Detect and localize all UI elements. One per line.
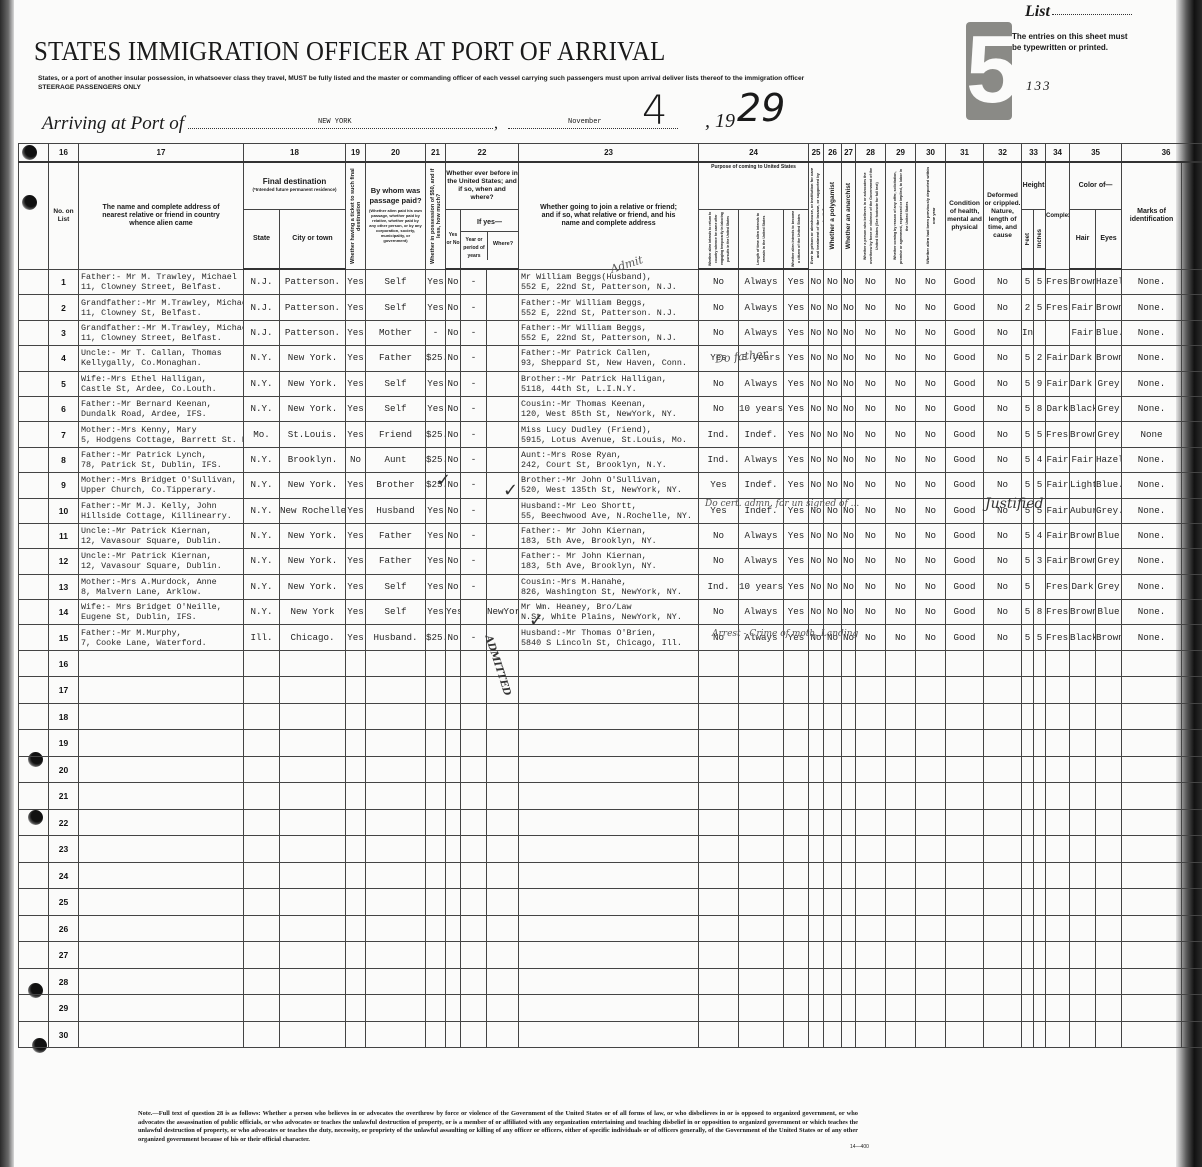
empty-cell — [856, 942, 886, 969]
column-number-row: 16 17 18 19 20 21 22 23 24 25 26 27 28 2… — [19, 144, 1202, 163]
margin-cell — [19, 447, 49, 472]
money-value: Yes — [426, 396, 446, 421]
empty-cell — [1096, 995, 1122, 1022]
empty-cell — [79, 650, 244, 677]
relative-abroad-line-2: Upper Church, Co.Tipperary. — [81, 485, 243, 495]
dest-city: New Rochelle — [280, 498, 346, 523]
deported-value: No — [916, 320, 946, 345]
marks-value: None. — [1122, 498, 1182, 523]
deformed-value: No — [984, 600, 1022, 625]
purpose-return: No — [699, 295, 739, 320]
empty-cell — [446, 703, 461, 730]
empty-cell — [824, 889, 842, 916]
relative-abroad-line-1: Father:- Mr M. Trawley, Michael — [81, 272, 243, 282]
empty-cell — [1022, 995, 1034, 1022]
relative-abroad-line-1: Mother:-Mrs A.Murdock, Anne — [81, 577, 243, 587]
empty-cell — [1046, 889, 1070, 916]
empty-cell — [984, 756, 1022, 783]
marks-value: None. — [1122, 295, 1182, 320]
overthrow-value: No — [856, 269, 886, 295]
empty-cell — [946, 1021, 984, 1048]
empty-cell — [856, 1021, 886, 1048]
ticket-value: Yes — [346, 396, 366, 421]
empty-cell — [346, 915, 366, 942]
header-purpose-citizen: Whether alien intends to become a citize… — [784, 210, 809, 270]
empty-cell — [244, 862, 280, 889]
empty-cell — [886, 968, 916, 995]
empty-cell — [1022, 1021, 1034, 1048]
money-value: Yes — [426, 371, 446, 396]
empty-cell — [1182, 783, 1202, 810]
empty-cell — [280, 756, 346, 783]
empty-row: 27 — [19, 942, 1202, 969]
joining-relative-line-1: Brother:-Mr Patrick Halligan, — [521, 374, 698, 384]
empty-cell — [739, 862, 784, 889]
anarchist-label: Whether an anarchist — [846, 183, 852, 249]
overthrow-label: Whether a person who believes in or advo… — [862, 167, 880, 265]
empty-cell — [446, 968, 461, 995]
empty-cell — [886, 730, 916, 757]
empty-cell — [1122, 995, 1182, 1022]
empty-cell — [487, 809, 519, 836]
empty-cell — [784, 809, 809, 836]
empty-cell — [824, 968, 842, 995]
empty-cell — [809, 703, 824, 730]
empty-cell — [1122, 836, 1182, 863]
empty-cell — [519, 968, 699, 995]
purpose-length: 10 years — [739, 396, 784, 421]
eye-color: Grey — [1096, 422, 1122, 447]
empty-cell — [519, 889, 699, 916]
overthrow-value: No — [856, 422, 886, 447]
empty-cell — [946, 756, 984, 783]
joining-relative-line-1: Mr William Beggs(Husband), — [521, 272, 698, 282]
empty-cell — [984, 1021, 1022, 1048]
header-height: Height — [1022, 162, 1046, 210]
empty-cell — [346, 730, 366, 757]
purpose-citizen: Yes — [784, 574, 809, 599]
empty-cell — [366, 809, 426, 836]
empty-row: 24 — [19, 862, 1202, 889]
before-in-us: No — [446, 625, 461, 650]
empty-cell — [856, 677, 886, 704]
before-period: - — [461, 346, 487, 371]
empty-cell — [519, 783, 699, 810]
empty-cell — [366, 836, 426, 863]
eye-color: Hazel — [1096, 447, 1122, 472]
empty-cell — [244, 968, 280, 995]
empty-cell — [446, 783, 461, 810]
empty-cell — [842, 1021, 856, 1048]
polygamist-value: No — [824, 473, 842, 498]
marks-value: None. — [1122, 346, 1182, 371]
empty-cell — [842, 650, 856, 677]
complexion-value — [1046, 320, 1070, 345]
class-label: STEERAGE PASSENGERS ONLY — [38, 84, 141, 91]
ticket-value: No — [346, 447, 366, 472]
empty-cell — [1122, 703, 1182, 730]
relative-abroad-line-1: Uncle:-Mr Patrick Kiernan, — [81, 526, 243, 536]
empty-cell — [1070, 703, 1096, 730]
empty-cell — [809, 783, 824, 810]
before-period: - — [461, 269, 487, 295]
polygamist-value: No — [824, 574, 842, 599]
dest-city: New York. — [280, 473, 346, 498]
empty-cell — [842, 968, 856, 995]
height-inches: 5 — [1034, 473, 1046, 498]
relative-abroad-line-1: Father:-Mr Bernard Keenan, — [81, 399, 243, 409]
row-number: 22 — [49, 809, 79, 836]
dest-city: New York. — [280, 396, 346, 421]
relative-abroad-line-1: Mother:-Mrs Kenny, Mary — [81, 425, 243, 435]
relative-abroad-line-2: 11, Clowney St, Belfast. — [81, 308, 243, 318]
empty-cell — [1022, 730, 1034, 757]
empty-cell — [1034, 942, 1046, 969]
empty-cell — [946, 703, 984, 730]
empty-cell — [446, 1021, 461, 1048]
empty-cell — [784, 836, 809, 863]
empty-cell — [946, 650, 984, 677]
empty-cell — [946, 995, 984, 1022]
labor-value: No — [886, 396, 916, 421]
empty-cell — [1034, 862, 1046, 889]
empty-cell — [699, 915, 739, 942]
purpose-return: No — [699, 269, 739, 295]
marks-value: None. — [1122, 269, 1182, 295]
hair-color: Brown — [1070, 269, 1096, 295]
overthrow-value: No — [856, 498, 886, 523]
overthrow-value: No — [856, 320, 886, 345]
empty-cell — [519, 862, 699, 889]
empty-row: 30 — [19, 1021, 1202, 1048]
col-number: 34 — [1046, 144, 1070, 163]
empty-cell — [79, 703, 244, 730]
dest-state: N.Y. — [244, 447, 280, 472]
before-where: NewYork — [487, 600, 519, 625]
margin-col — [19, 162, 49, 269]
row-number: 4 — [49, 346, 79, 371]
empty-cell — [1022, 862, 1034, 889]
empty-cell — [487, 995, 519, 1022]
empty-cell — [809, 942, 824, 969]
empty-cell — [916, 862, 946, 889]
empty-cell — [1046, 730, 1070, 757]
blank-cell — [1182, 295, 1202, 320]
empty-cell — [519, 836, 699, 863]
health-value: Good — [946, 320, 984, 345]
where-label: Where? — [488, 232, 518, 260]
labor-value: No — [886, 549, 916, 574]
empty-cell — [886, 783, 916, 810]
joining-relative: Mr Wm. Heaney, Bro/LawN.St, White Plains… — [519, 600, 699, 625]
col-number: 36 — [1122, 144, 1202, 163]
empty-cell — [519, 650, 699, 677]
empty-cell — [1046, 968, 1070, 995]
passage-paid-by: Self — [366, 396, 426, 421]
polygamist-value: No — [824, 422, 842, 447]
ticket-value: Yes — [346, 498, 366, 523]
header-anarchist: Whether an anarchist — [842, 162, 856, 269]
before-in-us: No — [446, 447, 461, 472]
hair-color: Auburn — [1070, 498, 1096, 523]
dest-state: Mo. — [244, 422, 280, 447]
empty-cell — [1122, 942, 1182, 969]
final-destination-label: Final destination — [244, 178, 345, 186]
joining-relative-line-2: 5118, 44th St, L.I.N.Y. — [521, 384, 698, 394]
margin-cell — [19, 862, 49, 889]
height-feet: 5 — [1022, 473, 1034, 498]
empty-cell — [519, 995, 699, 1022]
purpose-length: Always — [739, 447, 784, 472]
margin-cell — [19, 677, 49, 704]
deported-value: No — [916, 473, 946, 498]
purpose-citizen: Yes — [784, 549, 809, 574]
purpose-return: Yes — [699, 473, 739, 498]
empty-cell — [79, 677, 244, 704]
empty-cell — [809, 650, 824, 677]
deformed-value: No — [984, 574, 1022, 599]
joining-relative-line-2: 826, Washington St, NewYork, NY. — [521, 587, 698, 597]
purpose-length: Always — [739, 523, 784, 548]
empty-cell — [79, 915, 244, 942]
empty-cell — [842, 730, 856, 757]
relative-abroad-line-1: Father:-Mr M.J. Kelly, John — [81, 501, 243, 511]
table-row: 9Mother:-Mrs Bridget O'Sullivan,Upper Ch… — [19, 473, 1202, 498]
blank-cell — [1182, 523, 1202, 548]
header-complexion: Complexion — [1046, 162, 1070, 269]
empty-cell — [739, 677, 784, 704]
deformed-value: No — [984, 473, 1022, 498]
row-number: 18 — [49, 703, 79, 730]
purpose-citizen: Yes — [784, 396, 809, 421]
sheet-number: 133 — [1026, 78, 1052, 94]
empty-cell — [1070, 995, 1096, 1022]
margin-cell — [19, 422, 49, 447]
dest-city: Chicago. — [280, 625, 346, 650]
joining-relative-line-1: Father:-Mr William Beggs, — [521, 298, 698, 308]
empty-cell — [984, 942, 1022, 969]
relative-abroad-line-2: 5, Hodgens Cottage, Barrett St. Dublin I… — [81, 435, 243, 445]
empty-cell — [1182, 730, 1202, 757]
labor-value: No — [886, 447, 916, 472]
empty-cell — [244, 915, 280, 942]
empty-cell — [699, 889, 739, 916]
empty-cell — [916, 677, 946, 704]
marks-value: None. — [1122, 600, 1182, 625]
empty-cell — [446, 862, 461, 889]
empty-cell — [946, 809, 984, 836]
empty-cell — [244, 1021, 280, 1048]
marks-value: None. — [1122, 473, 1182, 498]
height-feet: 5 — [1022, 574, 1034, 599]
empty-cell — [916, 809, 946, 836]
empty-cell — [809, 836, 824, 863]
marks-value: None. — [1122, 320, 1182, 345]
empty-cell — [461, 677, 487, 704]
deported-value: No — [916, 600, 946, 625]
margin-cell — [19, 625, 49, 650]
empty-cell — [1070, 783, 1096, 810]
margin-cell — [19, 889, 49, 916]
col-number: 20 — [366, 144, 426, 163]
empty-cell — [487, 836, 519, 863]
empty-cell — [446, 942, 461, 969]
header-health: Condition of health, mental and physical — [946, 162, 984, 269]
empty-cell — [280, 677, 346, 704]
empty-cell — [79, 942, 244, 969]
empty-cell — [824, 809, 842, 836]
empty-cell — [946, 783, 984, 810]
labor-value: No — [886, 574, 916, 599]
deformed-value: No — [984, 269, 1022, 295]
empty-cell — [426, 836, 446, 863]
empty-cell — [699, 730, 739, 757]
labor-value: No — [886, 498, 916, 523]
joining-relative-line-2: 552 E, 22nd St, Patterson, N.J. — [521, 333, 698, 343]
money-value: Yes — [426, 549, 446, 574]
labor-value: No — [886, 320, 916, 345]
anarchist-value: No — [842, 549, 856, 574]
empty-cell — [1046, 915, 1070, 942]
empty-cell — [739, 942, 784, 969]
empty-cell — [366, 968, 426, 995]
polygamist-value: No — [824, 549, 842, 574]
purpose-citizen: Yes — [784, 447, 809, 472]
money-value: Yes — [426, 269, 446, 295]
health-value: Good — [946, 295, 984, 320]
relative-abroad: Uncle:-Mr Patrick Kiernan,12, Vavasour S… — [79, 523, 244, 548]
joining-relative-line-1: Father:- Mr John Kiernan, — [521, 551, 698, 561]
before-period: - — [461, 320, 487, 345]
row-number: 10 — [49, 498, 79, 523]
relative-abroad-line-1: Father:-Mr Patrick Lynch, — [81, 450, 243, 460]
final-destination-note: (*Intended future permanent residence) — [244, 186, 345, 194]
binding-edge-left — [0, 0, 14, 1167]
purpose-return: No — [699, 320, 739, 345]
purpose-length: Always — [739, 371, 784, 396]
row-number: 20 — [49, 756, 79, 783]
eye-color: Grey. — [1096, 498, 1122, 523]
separator-comma: , — [494, 115, 498, 133]
blank-cell — [1182, 600, 1202, 625]
empty-cell — [824, 995, 842, 1022]
header-final-destination: Final destination (*Intended future perm… — [244, 162, 346, 210]
empty-cell — [79, 783, 244, 810]
empty-cell — [824, 677, 842, 704]
dest-city: New York — [280, 600, 346, 625]
ticket-value: Yes — [346, 371, 366, 396]
empty-cell — [824, 650, 842, 677]
empty-cell — [1034, 677, 1046, 704]
deported-value: No — [916, 295, 946, 320]
blank-cell — [1182, 269, 1202, 295]
polygamist-value: No — [824, 346, 842, 371]
blank-cell — [1182, 320, 1202, 345]
instruction-text: States, or a port of another insular pos… — [38, 75, 804, 82]
health-value: Good — [946, 574, 984, 599]
deported-value: No — [916, 625, 946, 650]
month-value: November — [568, 118, 602, 126]
dest-state: N.Y. — [244, 371, 280, 396]
complexion-value: Fair — [1046, 447, 1070, 472]
row-number: 25 — [49, 889, 79, 916]
anarchist-value: No — [842, 346, 856, 371]
joining-relative-line-2: 520, West 135th St, NewYork, NY. — [521, 485, 698, 495]
empty-cell — [824, 730, 842, 757]
empty-cell — [916, 756, 946, 783]
purpose-citizen-label: Whether alien intends to become a citize… — [790, 210, 802, 268]
purpose-return: Ind. — [699, 574, 739, 599]
header-money: Whether in possession of $50, and if les… — [426, 162, 446, 269]
empty-cell — [1070, 915, 1096, 942]
empty-cell — [280, 650, 346, 677]
empty-cell — [809, 968, 824, 995]
blank-cell — [1182, 625, 1202, 650]
empty-cell — [244, 756, 280, 783]
empty-cell — [280, 968, 346, 995]
before-period — [461, 600, 487, 625]
labor-value: No — [886, 473, 916, 498]
passage-paid-by: Father — [366, 549, 426, 574]
empty-cell — [346, 1021, 366, 1048]
row-number: 2 — [49, 295, 79, 320]
empty-cell — [739, 703, 784, 730]
eye-color: Grey — [1096, 396, 1122, 421]
table-row: 5Wife:-Mrs Ethel Halligan,Castle St, Ard… — [19, 371, 1202, 396]
joining-relative: Father:-Mr William Beggs,552 E, 22nd St,… — [519, 295, 699, 320]
port-value: NEW YORK — [318, 118, 352, 126]
before-in-us: No — [446, 396, 461, 421]
empty-cell — [699, 995, 739, 1022]
empty-cell — [784, 730, 809, 757]
complexion-value: Fresh — [1046, 422, 1070, 447]
col-number: 27 — [842, 144, 856, 163]
joining-relative-line-2: 552 E, 22nd St, Patterson. N.J. — [521, 308, 698, 318]
col-number: 16 — [49, 144, 79, 163]
relative-abroad: Wife:-Mrs Ethel Halligan,Castle St, Arde… — [79, 371, 244, 396]
before-in-us: No — [446, 523, 461, 548]
empty-cell — [346, 995, 366, 1022]
empty-cell — [446, 677, 461, 704]
before-where — [487, 396, 519, 421]
empty-cell — [784, 1021, 809, 1048]
ticket-value: Yes — [346, 295, 366, 320]
empty-cell — [856, 836, 886, 863]
empty-cell — [1182, 703, 1202, 730]
table-row: 13Mother:-Mrs A.Murdock, Anne8, Malvern … — [19, 574, 1202, 599]
margin-cell — [19, 915, 49, 942]
prison-value: No — [809, 447, 824, 472]
anarchist-value: No — [842, 371, 856, 396]
empty-cell — [79, 1021, 244, 1048]
empty-cell — [916, 730, 946, 757]
before-where — [487, 295, 519, 320]
table-row: 15Father:-Mr M.Murphy,7, Cooke Lane, Wat… — [19, 625, 1202, 650]
empty-cell — [1046, 862, 1070, 889]
header-joining: Whether going to join a relative or frie… — [519, 162, 699, 269]
polygamist-value: No — [824, 320, 842, 345]
empty-cell — [916, 995, 946, 1022]
complexion-value: Fair — [1046, 549, 1070, 574]
empty-cell — [446, 730, 461, 757]
empty-cell — [824, 756, 842, 783]
empty-cell — [1034, 1021, 1046, 1048]
joining-relative: Cousin:-Mrs M.Hanahe,826, Washington St,… — [519, 574, 699, 599]
polygamist-value: No — [824, 447, 842, 472]
empty-cell — [699, 809, 739, 836]
row-number: 7 — [49, 422, 79, 447]
passage-paid-by: Self — [366, 574, 426, 599]
